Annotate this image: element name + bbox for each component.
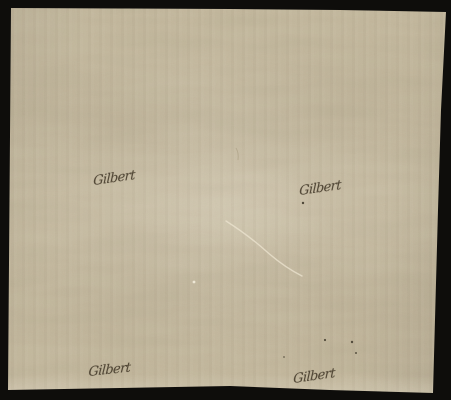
paper-grain-texture [0, 0, 451, 400]
stamp-paper: Gilbert Gilbert Gilbert Gilbert [0, 0, 451, 400]
photo-canvas: Gilbert Gilbert Gilbert Gilbert [0, 0, 451, 400]
